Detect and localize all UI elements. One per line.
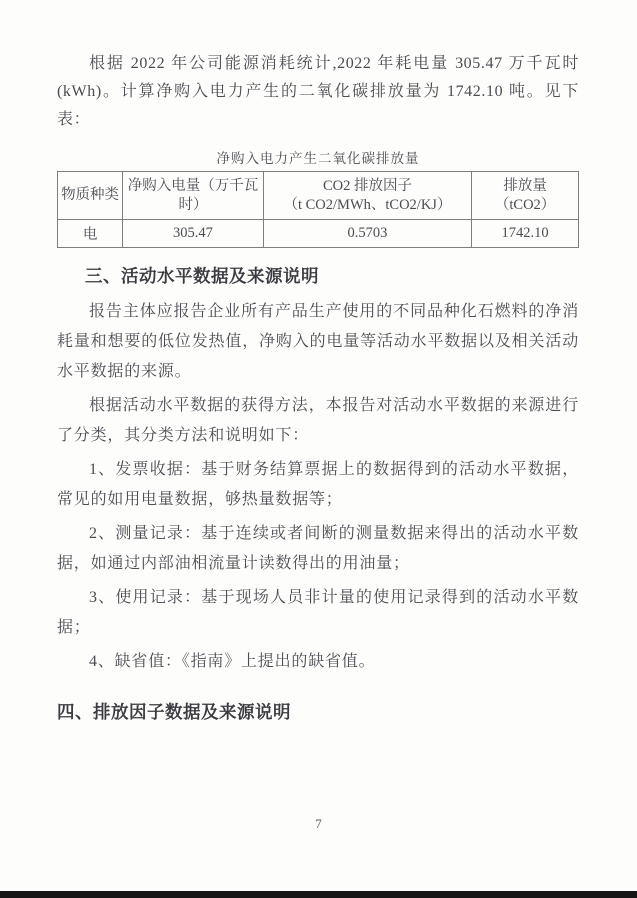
table-row: 电 305.47 0.5703 1742.10 (58, 220, 579, 248)
scan-edge-shadow (0, 891, 637, 898)
header-factor-line1: CO2 排放因子 (266, 177, 469, 196)
emissions-table-header: 物质种类 净购入电量（万千瓦时） CO2 排放因子 （t CO2/MWh、tCO… (58, 172, 579, 220)
section-3-list-item-3: 3、使用记录：基于现场人员非计量的使用记录得到的活动水平数据； (57, 583, 579, 643)
section-3-list-item-1: 1、发票收据：基于财务结算票据上的数据得到的活动水平数据，常见的如用电量数据，够… (57, 455, 579, 515)
section-3-paragraph-1: 报告主体应报告企业所有产品生产使用的不同品种化石燃料的净消耗量和想要的低位发热值… (57, 297, 579, 387)
section-3-paragraph-2: 根据活动水平数据的获得方法，本报告对活动水平数据的来源进行了分类，其分类方法和说… (57, 391, 579, 451)
emissions-table-body: 电 305.47 0.5703 1742.10 (58, 220, 579, 248)
header-factor-line2: （t CO2/MWh、tCO2/KJ） (266, 196, 469, 215)
table-caption: 净购入电力产生二氧化碳排放量 (57, 147, 579, 167)
header-material-line1: 物质种类 (60, 186, 120, 205)
intro-paragraph: 根据 2022 年公司能源消耗统计,2022 年耗电量 305.47 万千瓦时(… (57, 50, 579, 134)
header-material: 物质种类 (58, 172, 123, 220)
emissions-table: 物质种类 净购入电量（万千瓦时） CO2 排放因子 （t CO2/MWh、tCO… (57, 171, 579, 248)
section-3-list-item-2: 2、测量记录：基于连续或者间断的测量数据来得出的活动水平数据，如通过内部油相流量… (57, 519, 579, 579)
cell-amount: 305.47 (123, 220, 264, 248)
header-factor: CO2 排放因子 （t CO2/MWh、tCO2/KJ） (263, 172, 471, 220)
page-content: 根据 2022 年公司能源消耗统计,2022 年耗电量 305.47 万千瓦时(… (0, 0, 637, 724)
scanned-report-page: 根据 2022 年公司能源消耗统计,2022 年耗电量 305.47 万千瓦时(… (0, 0, 637, 898)
page-number: 7 (0, 816, 637, 832)
header-amount: 净购入电量（万千瓦时） (123, 172, 264, 220)
header-emission-line2: （tCO2） (474, 196, 576, 215)
cell-factor: 0.5703 (263, 220, 471, 248)
header-amount-line1: 净购入电量（万千瓦时） (125, 177, 261, 215)
cell-material: 电 (58, 220, 123, 248)
header-emission-line1: 排放量 (474, 177, 576, 196)
section-4-heading: 四、排放因子数据及来源说明 (57, 699, 579, 724)
section-3-list-item-4: 4、缺省值：《指南》上提出的缺省值。 (57, 647, 579, 677)
header-row: 物质种类 净购入电量（万千瓦时） CO2 排放因子 （t CO2/MWh、tCO… (58, 172, 579, 220)
cell-emission: 1742.10 (472, 220, 579, 248)
section-3-heading: 三、活动水平数据及来源说明 (57, 263, 579, 288)
header-emission: 排放量 （tCO2） (472, 172, 579, 220)
